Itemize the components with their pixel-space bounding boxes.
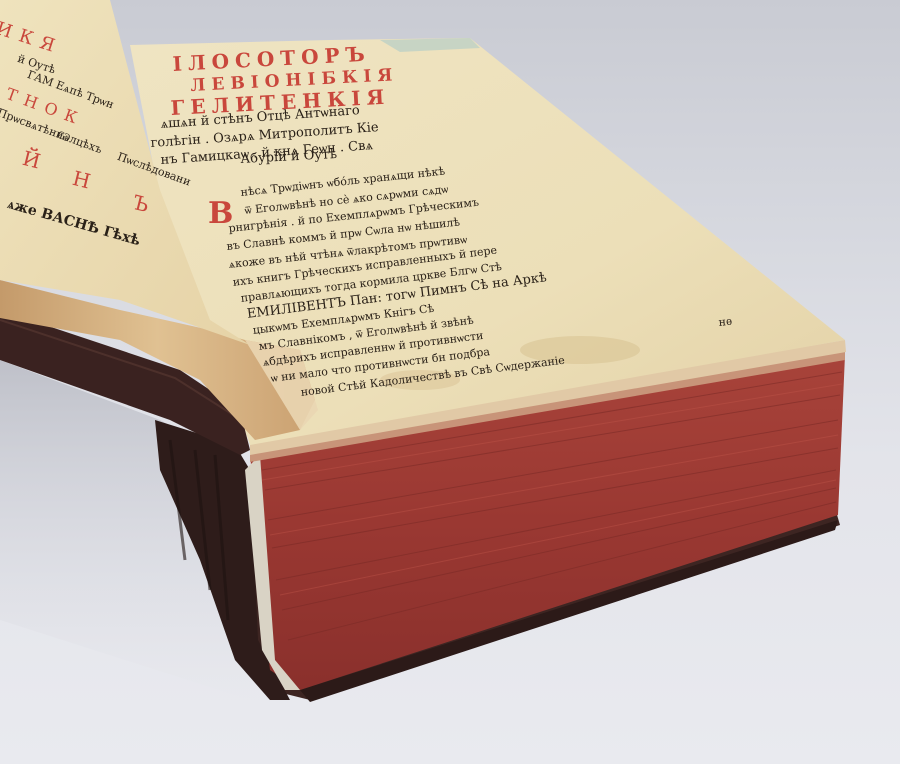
book-illustration <box>0 0 900 764</box>
photo-scene: ІЛОСОТОРЪ ЛЕВІОНІБКІЯ ГЕЛИТЕНКІЯ ѧшѧн й … <box>0 0 900 764</box>
page-number: нѳ <box>718 315 733 329</box>
